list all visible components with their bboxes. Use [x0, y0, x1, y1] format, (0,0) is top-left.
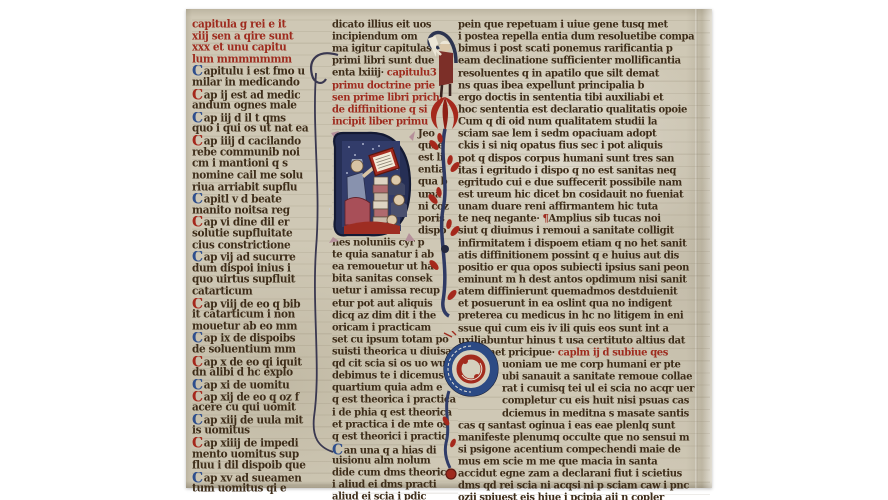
text-line: ∙Capitulu i est fmo u: [192, 65, 332, 77]
text-line: te quia sanatur i ab: [332, 249, 458, 262]
text-line: dispo: [332, 225, 458, 238]
text-line: etur pot aut aliquis: [332, 298, 458, 311]
text-line: dide cum dms theorica: [332, 467, 458, 480]
text-line: qd cit scia si os uo wu: [332, 358, 458, 371]
text-line: rat i cumisq tei ul ei scia no acqr uer: [458, 383, 710, 396]
text-line: cm i mantioni q s: [192, 158, 332, 170]
text-line: ne ptinet pricipue· caplm ij d subiue qe…: [458, 347, 710, 360]
chapter-list-column: capitula g rei e itxiij sen a qire suntx…: [192, 9, 332, 495]
text-line: ea remouetur ut ha: [332, 261, 458, 274]
text-line: xxx et unu capitu: [192, 42, 332, 54]
text-line: solutie supfluitate: [192, 228, 332, 240]
text-line: eminunt m h dest antos opdimum nisi sani…: [458, 274, 710, 287]
text-line: ∙Cap vij ad sucurre: [192, 251, 332, 263]
text-line: ∙Cap viij de eo q bib: [192, 298, 332, 310]
text-line: de soluentium mm: [192, 344, 332, 356]
chapter-initial: C: [192, 217, 203, 228]
text-line: acere cu qui uomit: [192, 402, 332, 414]
text-line: dicq az dim dit i the: [332, 310, 458, 323]
text-line: si psigone acentium compechendi maie de: [458, 444, 710, 457]
chapter-initial: C: [192, 252, 203, 263]
text-line: q est theorici i practic: [332, 431, 458, 444]
text-line: de diffinitione q si: [332, 104, 458, 117]
text-line: cius constrictione: [192, 240, 332, 252]
chapter-initial: C: [192, 136, 203, 147]
text-line: mento uomitus sup: [192, 449, 332, 461]
text-line: ∙Cap xij de eo q oz f: [192, 391, 332, 403]
text-line: oricam i practicam: [332, 322, 458, 335]
text-line: Cum q di oid num qualitatem studii la: [458, 116, 710, 129]
text-line: positio er qua opos subiecti ipsius sani…: [458, 262, 710, 275]
text-line: ozii spiuest eis hiue i pcipia aii n cop…: [458, 492, 710, 500]
text-line: quae: [332, 140, 458, 153]
text-line: i de phia q est theorica: [332, 407, 458, 420]
chapter-initial: C: [332, 444, 343, 456]
text-line: ∙Cap vi dine dil er: [192, 216, 332, 228]
text-line: cas q santast oginua i eas eae plenlq su…: [458, 420, 710, 433]
text-line: milar in medicando: [192, 77, 332, 89]
text-line: ns quas ibea expellunt principalia b: [458, 80, 710, 93]
text-line: riua arriabit supflu: [192, 182, 332, 194]
text-line: dicato illius eit uos: [332, 19, 458, 32]
chapter-initial: C: [192, 194, 203, 205]
text-line: pein que repetuam i uiue gene tusq met: [458, 19, 710, 32]
text-line: poris: [332, 213, 458, 226]
text-line: est ureum hic dicet bn cosidauit no fuen…: [458, 189, 710, 202]
text-line: uxiliabuntur hinus t usa certituto altiu…: [458, 335, 710, 348]
text-line: capitula g rei e it: [192, 19, 332, 31]
text-line: eam declinatione sufficienter mollifican…: [458, 55, 710, 68]
text-line: dciemus in meditna s masate santis: [458, 408, 710, 421]
text-line: nomine cail me solu: [192, 170, 332, 182]
text-line: ∙Cap x de eo qi iquit: [192, 356, 332, 368]
text-line: catarticum: [192, 286, 332, 298]
text-line: sciam sae lem i sedm opaciuam adopt: [458, 128, 710, 141]
text-line: andum ognes male: [192, 100, 332, 112]
text-line: enta lxiiij· capitulu3: [332, 67, 458, 80]
text-line: ssue qui cum eis iv ili quis eos sunt in…: [458, 323, 710, 336]
text-line: incipit liber primu: [332, 116, 458, 129]
text-line: egritudo cui e due suffecerit possibile …: [458, 177, 710, 190]
text-line: nes noluniis cyr p: [332, 237, 458, 250]
text-line: ergo doctis in sententia tibi auxiliabi …: [458, 92, 710, 105]
text-line: atem diffinierunt quemadmos destduienit: [458, 286, 710, 299]
text-line: q est theorica i practica: [332, 394, 458, 407]
text-line: manifeste plenumq occulte que no sensui …: [458, 432, 710, 445]
text-line: ma igitur capitulas: [332, 43, 458, 56]
text-column-2: pein que repetuam i uiue gene tusq meti …: [458, 9, 710, 500]
text-line: te neq negante· ¶Amplius sib tucas noi: [458, 213, 710, 226]
text-line: tum uomitus qi e: [192, 483, 332, 495]
text-line: manito noitsa reg: [192, 205, 332, 217]
text-line: uisionu alm nolum: [332, 455, 458, 468]
text-line: infirmitatem i dispoem etiam q no het sa…: [458, 238, 710, 251]
text-line: est li: [332, 152, 458, 165]
chapter-initial: C: [192, 438, 203, 449]
text-line: ∙Cap xi de uomitu: [192, 379, 332, 391]
text-line: ni coz: [332, 201, 458, 214]
text-line: quo i qui os ut nat ea: [192, 123, 332, 135]
text-line: ∙Cap xiij de uula mit: [192, 414, 332, 426]
chapter-initial: C: [192, 380, 203, 391]
text-line: ∙Cap iiij d cacilando: [192, 135, 332, 147]
text-line: ∙Cap xiiij de impedi: [192, 437, 332, 449]
text-line: uetur i amissa recup: [332, 285, 458, 298]
text-line: atis diffinitionem possint q e huius aut…: [458, 250, 710, 263]
text-line: Can una q a hias di: [332, 443, 458, 456]
text-line: uma: [332, 189, 458, 202]
text-line: fluu i dil dispoib que: [192, 460, 332, 472]
text-line: pot q dispos corpus humani sunt tres san: [458, 153, 710, 166]
text-line: it catarticum i non: [192, 309, 332, 321]
text-line: ∙Cap ij est ad medic: [192, 89, 332, 101]
text-line: Jeo: [332, 128, 458, 141]
text-line: dn alibi d hc explo: [192, 367, 332, 379]
text-line: preterea cu medicus in hc no litigem in …: [458, 310, 710, 323]
text-line: i aliud ei dms practi: [332, 479, 458, 492]
text-line: bimus i post scati ponemus rarificantia …: [458, 43, 710, 56]
text-line: mus em scie m me que macia in santa: [458, 456, 710, 469]
text-line: suisti theorica u diuisa: [332, 346, 458, 359]
text-line: ckis i si niq opatus fius sec i pot aliq…: [458, 140, 710, 153]
chapter-initial: C: [192, 66, 203, 77]
text-line: ubi sanauit a sanitate remoue collae: [458, 371, 710, 384]
text-line: sen prime libri prichi: [332, 92, 458, 105]
text-line: et posuerunt in ea oslint qua no indigen…: [458, 298, 710, 311]
text-line: qua b: [332, 176, 458, 189]
text-line: aliud ei scia i pdic: [332, 491, 458, 500]
screenshot: capitula g rei e itxiij sen a qire suntx…: [0, 0, 888, 500]
text-line: itas i egritudo i dispo q no est sanitas…: [458, 165, 710, 178]
text-line: primu doctrine prie: [332, 80, 458, 93]
text-line: completur cu eis huit nisi psuas cas: [458, 395, 710, 408]
text-line: uoniam ue me corp humani er pte: [458, 359, 710, 372]
text-line: resoluentes q in apatilo que silt demat: [458, 68, 710, 81]
text-line: accidut egne zam a declarani fiut i scie…: [458, 468, 710, 481]
text-line: hoc sententia est declaratio qualitatis …: [458, 104, 710, 117]
text-line: bita sanitas consek: [332, 273, 458, 286]
text-line: et practica i de mte os: [332, 419, 458, 432]
text-line: is uomitus: [192, 425, 332, 437]
text-line: ∙Cap ix de dispoibs: [192, 332, 332, 344]
text-line: quartium quia adm e: [332, 382, 458, 395]
text-column-1: dicato illius eit uosincipiendum omma ig…: [332, 9, 458, 500]
text-line: ∙Capitl v d beate: [192, 193, 332, 205]
text-line: xiij sen a qire sunt: [192, 31, 332, 43]
text-line: debimus te i dicemus: [332, 370, 458, 383]
chapter-initial: C: [192, 392, 203, 403]
text-line: quo uirtus supfluit: [192, 274, 332, 286]
chapter-initial: C: [192, 333, 203, 344]
text-line: siut q diuimus i remoui a sanitate colli…: [458, 225, 710, 238]
text-line: rebe communib noi: [192, 147, 332, 159]
text-line: set cu ipsum totam po: [332, 334, 458, 347]
text-line: incipiendum om: [332, 31, 458, 44]
text-line: i postea repella entia dum resoluetibe c…: [458, 31, 710, 44]
manuscript-page: capitula g rei e itxiij sen a qire suntx…: [186, 9, 712, 488]
text-line: unam duare reni affirmantem hic tuta: [458, 201, 710, 214]
